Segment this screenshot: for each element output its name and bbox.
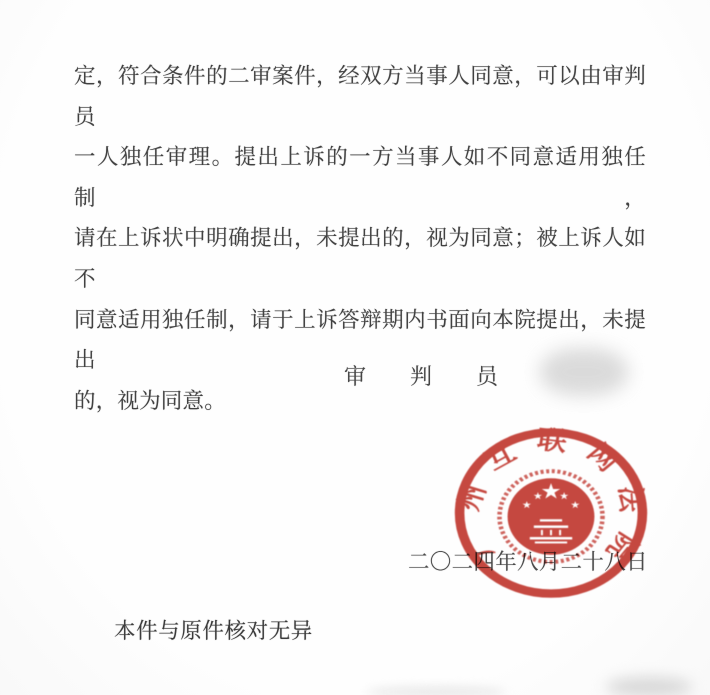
body-line: 请在上诉状中明确提出，未提出的，视为同意；被上诉人如不 <box>74 218 646 299</box>
national-emblem-icon <box>499 471 602 562</box>
court-seal-stamp: 广州互联网法院 <box>450 424 652 602</box>
verification-note: 本件与原件核对无异 <box>114 614 313 645</box>
court-seal-graphic: 广州互联网法院 <box>450 424 652 602</box>
court-document-page: 定，符合条件的二审案件，经双方当事人同意，可以由审判员 一人独任审理。提出上诉的… <box>0 0 710 695</box>
body-line: 一人独任审理。提出上诉的一方当事人如不同意适用独任制， <box>74 137 646 218</box>
body-line: 定，符合条件的二审案件，经双方当事人同意，可以由审判员 <box>74 56 646 137</box>
signature-row: 审判员 <box>344 360 542 391</box>
judge-role-label: 审判员 <box>344 364 542 389</box>
scan-smudge <box>366 687 506 695</box>
redacted-judge-name <box>540 348 628 396</box>
scan-smudge <box>606 677 692 695</box>
